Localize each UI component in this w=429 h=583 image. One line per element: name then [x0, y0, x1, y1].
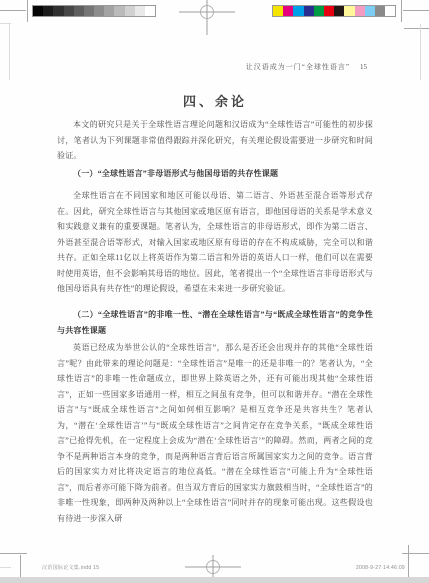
calibration-patch [273, 6, 283, 16]
crop-mark-top-left-h [0, 10, 26, 11]
running-head: 让汉语成为一门“全球性语言”15 [57, 62, 367, 72]
crop-mark-top-left-trim-v [9, 24, 10, 80]
subsection-1-heading: （一）“全球性语言”非母语形式与他国母语的共存性课题 [57, 166, 373, 182]
calibration-patch [94, 6, 104, 16]
calibration-patch [283, 6, 293, 16]
crop-mark-top-right-trim-v [420, 24, 421, 80]
intro-paragraph: 本文的研究只是关于全球性语言理论问题和汉语成为“全球性语言”可能性的初步探讨，笔… [57, 117, 373, 164]
crop-mark-top-right-h [403, 10, 429, 11]
registration-vline-icon [207, 0, 208, 35]
registration-mark-top [177, 0, 237, 35]
subsection-1-body: 全球性语言在不同国家和地区可能以母语、第二语言、外语甚至混合语等形式存在。因此，… [57, 188, 373, 297]
subsection-2-heading: （二）“全球性语言”的非唯一性、“潜在全球性语言”与“既成全球性语言”的竞争性与… [57, 307, 373, 339]
section-title: 四、余论 [57, 91, 373, 110]
calibration-patch [84, 6, 94, 16]
calibration-patch [135, 6, 145, 16]
calibration-patch [74, 6, 84, 16]
calibration-patch [324, 6, 334, 16]
calibration-patch [304, 6, 314, 16]
calibration-patch [314, 6, 324, 16]
crop-mark-top-left-v [27, 0, 28, 22]
running-head-text: 让汉语成为一门“全球性语言” [246, 63, 350, 71]
crop-mark-top-right-v [401, 0, 402, 22]
registration-mark-bottom [183, 555, 243, 579]
grayscale-calibration-bar [32, 5, 156, 17]
calibration-patch [375, 6, 385, 16]
calibration-patch [334, 6, 344, 16]
crop-mark-bottom-left-h [0, 553, 27, 554]
page-number: 15 [360, 63, 367, 71]
calibration-patch [53, 6, 63, 16]
subsection-2-body: 英语已经成为举世公认的“全球性语言”，那么是否还会出现并存的其他“全球性语言”呢… [57, 340, 373, 526]
calibration-patch [104, 6, 114, 16]
calibration-patch [114, 6, 124, 16]
calibration-patch [344, 6, 354, 16]
calibration-patch [365, 6, 375, 16]
timestamp-slug: 2008-9-27 14:46:09 [356, 565, 405, 571]
calibration-patch [145, 6, 155, 16]
calibration-patch [293, 6, 303, 16]
registration-vline-icon [213, 555, 214, 579]
calibration-patch [33, 6, 43, 16]
crop-mark-bottom-left-trim-h [0, 567, 11, 568]
file-slug: 汉语国际论文集.indd 15 [42, 564, 99, 571]
calibration-patch [355, 6, 365, 16]
crop-mark-top-right-trim-h [404, 28, 429, 29]
print-proof-sheet: { "proof_marks": { "grayscale_bar": ["#0… [0, 0, 429, 583]
crop-mark-bottom-right-h [402, 553, 429, 554]
scan-bottom-edge [0, 577, 429, 583]
calibration-patch [64, 6, 74, 16]
cmyk-color-calibration-bar [272, 5, 396, 17]
calibration-patch [43, 6, 53, 16]
calibration-patch [125, 6, 135, 16]
